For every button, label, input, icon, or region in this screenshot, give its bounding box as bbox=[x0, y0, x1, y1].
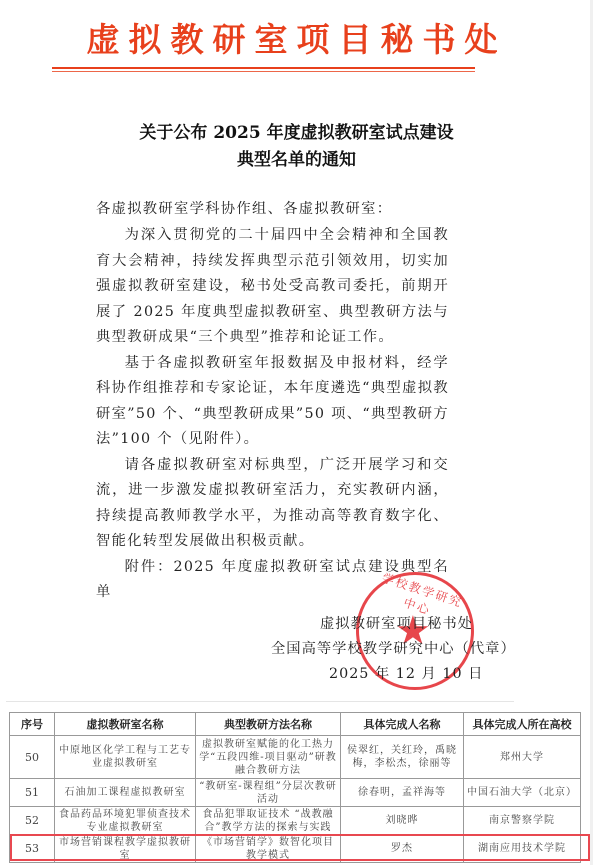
cell-room: 市场营销课程教学虚拟教研室 bbox=[55, 835, 196, 863]
salutation: 各虚拟教研室学科协作组、各虚拟教研室： bbox=[96, 198, 392, 218]
page-separator bbox=[6, 701, 514, 702]
table-row: 52 食品药品环境犯罪侦查技术专业虚拟教研室 食品犯罪取证技术 “战教融合”教学… bbox=[10, 807, 581, 835]
typical-list-table: 序号 虚拟教研室名称 典型教研方法名称 具体完成人名称 具体完成人所在高校 50… bbox=[9, 712, 581, 863]
letterhead-rule-thin bbox=[52, 71, 475, 72]
cell-no: 50 bbox=[10, 736, 55, 779]
notice-title-line1: 关于公布 2025 年度虚拟教研室试点建设 bbox=[0, 118, 593, 143]
cell-method: “教研室-课程组”分层次教研活动 bbox=[196, 779, 341, 807]
col-header-school: 具体完成人所在高校 bbox=[464, 713, 581, 736]
signature-org2: 全国高等学校教学研究中心（代章） bbox=[271, 638, 516, 658]
cell-method: 食品犯罪取证技术 “战教融合”教学方法的探索与实践 bbox=[196, 807, 341, 835]
cell-school: 中国石油大学（北京） bbox=[464, 779, 581, 807]
notice-body: 为深入贯彻党的二十届四中全会精神和全国教育大会精神，持续发挥典型示范引领效用，切… bbox=[96, 223, 449, 606]
table-header-row: 序号 虚拟教研室名称 典型教研方法名称 具体完成人名称 具体完成人所在高校 bbox=[10, 713, 581, 736]
cell-no: 53 bbox=[10, 835, 55, 863]
table-row: 51 石油加工课程虚拟教研室 “教研室-课程组”分层次教研活动 徐春明，孟祥海等… bbox=[10, 779, 581, 807]
cell-school: 湖南应用技术学院 bbox=[464, 835, 581, 863]
cell-room: 食品药品环境犯罪侦查技术专业虚拟教研室 bbox=[55, 807, 196, 835]
col-header-no: 序号 bbox=[10, 713, 55, 736]
cell-room: 中原地区化学工程与工艺专业虚拟教研室 bbox=[55, 736, 196, 779]
cell-method: 虚拟教研室赋能的化工热力学“五段四维-项目驱动”研教融合教研方法 bbox=[196, 736, 341, 779]
table-row-highlighted: 53 市场营销课程教学虚拟教研室 《市场营销学》数智化项目教学模式 罗杰 湖南应… bbox=[10, 835, 581, 863]
cell-people: 刘晓晔 bbox=[341, 807, 464, 835]
col-header-method: 典型教研方法名称 bbox=[196, 713, 341, 736]
signature-date: 2025 年 12 月 10 日 bbox=[329, 663, 483, 683]
cell-method: 《市场营销学》数智化项目教学模式 bbox=[196, 835, 341, 863]
cell-school: 郑州大学 bbox=[464, 736, 581, 779]
cell-people: 罗杰 bbox=[341, 835, 464, 863]
table-row: 50 中原地区化学工程与工艺专业虚拟教研室 虚拟教研室赋能的化工热力学“五段四维… bbox=[10, 736, 581, 779]
signature-org1: 虚拟教研室项目秘书处 bbox=[320, 613, 473, 633]
cell-room: 石油加工课程虚拟教研室 bbox=[55, 779, 196, 807]
col-header-people: 具体完成人名称 bbox=[341, 713, 464, 736]
paragraph-2: 基于各虚拟教研室年报数据及申报材料，经学科协作组推荐和专家论证，本年度遴选“典型… bbox=[96, 351, 449, 453]
cell-school: 南京警察学院 bbox=[464, 807, 581, 835]
notice-title-line2: 典型名单的通知 bbox=[0, 145, 593, 170]
cell-no: 51 bbox=[10, 779, 55, 807]
col-header-room: 虚拟教研室名称 bbox=[55, 713, 196, 736]
cell-people: 徐春明，孟祥海等 bbox=[341, 779, 464, 807]
letterhead-title: 虚拟教研室项目秘书处 bbox=[0, 14, 593, 61]
cell-no: 52 bbox=[10, 807, 55, 835]
paragraph-1: 为深入贯彻党的二十届四中全会精神和全国教育大会精神，持续发挥典型示范引领效用，切… bbox=[96, 223, 449, 351]
cell-people: 侯翠红，关红玲，禹晓梅，李松杰，徐丽等 bbox=[341, 736, 464, 779]
letterhead-rule bbox=[52, 67, 475, 69]
paragraph-3: 请各虚拟教研室对标典型，广泛开展学习和交流，进一步激发虚拟教研室活力，充实教研内… bbox=[96, 453, 449, 555]
